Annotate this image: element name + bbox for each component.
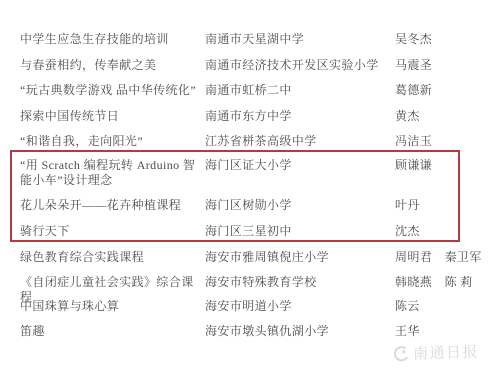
school-cell: 南通市经济技术开发区实验小学 [205, 58, 395, 73]
course-cell: 笛趣 [20, 324, 205, 339]
table-row: “和谐自我，走向阳光” 江苏省栟茶高级中学 冯洁玉 [0, 134, 499, 150]
authors-cell: 马震圣 [395, 58, 499, 73]
course-cell: “用 Scratch 编程玩转 Arduino 智能小车”设计理念 [20, 158, 205, 188]
course-cell: 探索中国传统节日 [20, 109, 205, 124]
school-cell: 海门区树勋小学 [205, 198, 395, 213]
table-row: “玩古典数学游戏 品中华传统化” 南通市虹桥二中 葛德新 [0, 83, 499, 109]
table-row-highlighted: “用 Scratch 编程玩转 Arduino 智能小车”设计理念 海门区证大小… [20, 158, 458, 198]
authors-cell: 陈云 [395, 299, 499, 314]
course-cell: 与春蚕相约，传奉献之美 [20, 58, 205, 73]
school-cell: 海安市特殊教育学校 [205, 275, 395, 290]
table-row: 绿色教育综合实践课程 海安市雅周镇倪庄小学 周明君 秦卫军 [0, 250, 499, 275]
rows-section-top: 中学生应急生存技能的培训 南通市天星湖中学 吴冬杰 与春蚕相约，传奉献之美 南通… [0, 32, 499, 150]
nantong-daily-logo-text: 南通日报 [413, 341, 480, 364]
school-cell: 南通市天星湖中学 [205, 32, 395, 47]
authors-cell: 冯洁玉 [395, 134, 499, 149]
table-row: 中学生应急生存技能的培训 南通市天星湖中学 吴冬杰 [0, 32, 499, 58]
course-cell: 骑行天下 [20, 224, 205, 239]
authors-cell: 葛德新 [395, 83, 499, 98]
authors-cell: 周明君 秦卫军 [395, 250, 499, 265]
course-cell: 中学生应急生存技能的培训 [20, 32, 205, 47]
course-cell: 花儿朵朵开——花卉种植课程 [20, 198, 205, 213]
authors-cell: 顾谦谦 [395, 158, 458, 173]
table-row-highlighted: 花儿朵朵开——花卉种植课程 海门区树勋小学 叶丹 [20, 198, 458, 224]
table-row: 中国珠算与珠心算 海安市明道小学 陈云 [0, 299, 499, 324]
course-cell: “玩古典数学游戏 品中华传统化” [20, 83, 205, 98]
authors-cell: 黄杰 [395, 109, 499, 124]
school-cell: 南通市东方中学 [205, 109, 395, 124]
school-cell: 江苏省栟茶高级中学 [205, 134, 395, 149]
table-row: 《自闭症儿童社会实践》综合课程 海安市特殊教育学校 韩晓燕 陈 莉 [0, 275, 499, 300]
school-cell: 海安市明道小学 [205, 299, 395, 314]
award-list-document: 中学生应急生存技能的培训 南通市天星湖中学 吴冬杰 与春蚕相约，传奉献之美 南通… [0, 0, 499, 348]
course-cell: “和谐自我，走向阳光” [20, 134, 205, 149]
nantong-daily-logo-icon [393, 345, 411, 363]
course-cell: 绿色教育综合实践课程 [20, 250, 205, 265]
authors-cell: 韩晓燕 陈 莉 [395, 275, 499, 290]
authors-cell: 吴冬杰 [395, 32, 499, 47]
highlight-box: “用 Scratch 编程玩转 Arduino 智能小车”设计理念 海门区证大小… [10, 150, 460, 242]
authors-cell: 沈杰 [395, 224, 458, 239]
school-cell: 海安市墩头镇仇湖小学 [205, 324, 395, 339]
nantong-daily-watermark: 南通日报 [393, 341, 480, 365]
school-cell: 南通市虹桥二中 [205, 83, 395, 98]
rows-section-bottom: 绿色教育综合实践课程 海安市雅周镇倪庄小学 周明君 秦卫军 《自闭症儿童社会实践… [0, 250, 499, 348]
school-cell: 海安市雅周镇倪庄小学 [205, 250, 395, 265]
school-cell: 海门区三星初中 [205, 224, 395, 239]
table-row: 与春蚕相约，传奉献之美 南通市经济技术开发区实验小学 马震圣 [0, 58, 499, 84]
school-cell: 海门区证大小学 [205, 158, 395, 173]
authors-cell: 叶丹 [395, 198, 458, 213]
table-row-highlighted: 骑行天下 海门区三星初中 沈杰 [20, 224, 458, 238]
authors-cell: 王华 [395, 324, 499, 339]
course-cell: 中国珠算与珠心算 [20, 299, 205, 314]
table-row: 探索中国传统节日 南通市东方中学 黄杰 [0, 109, 499, 135]
